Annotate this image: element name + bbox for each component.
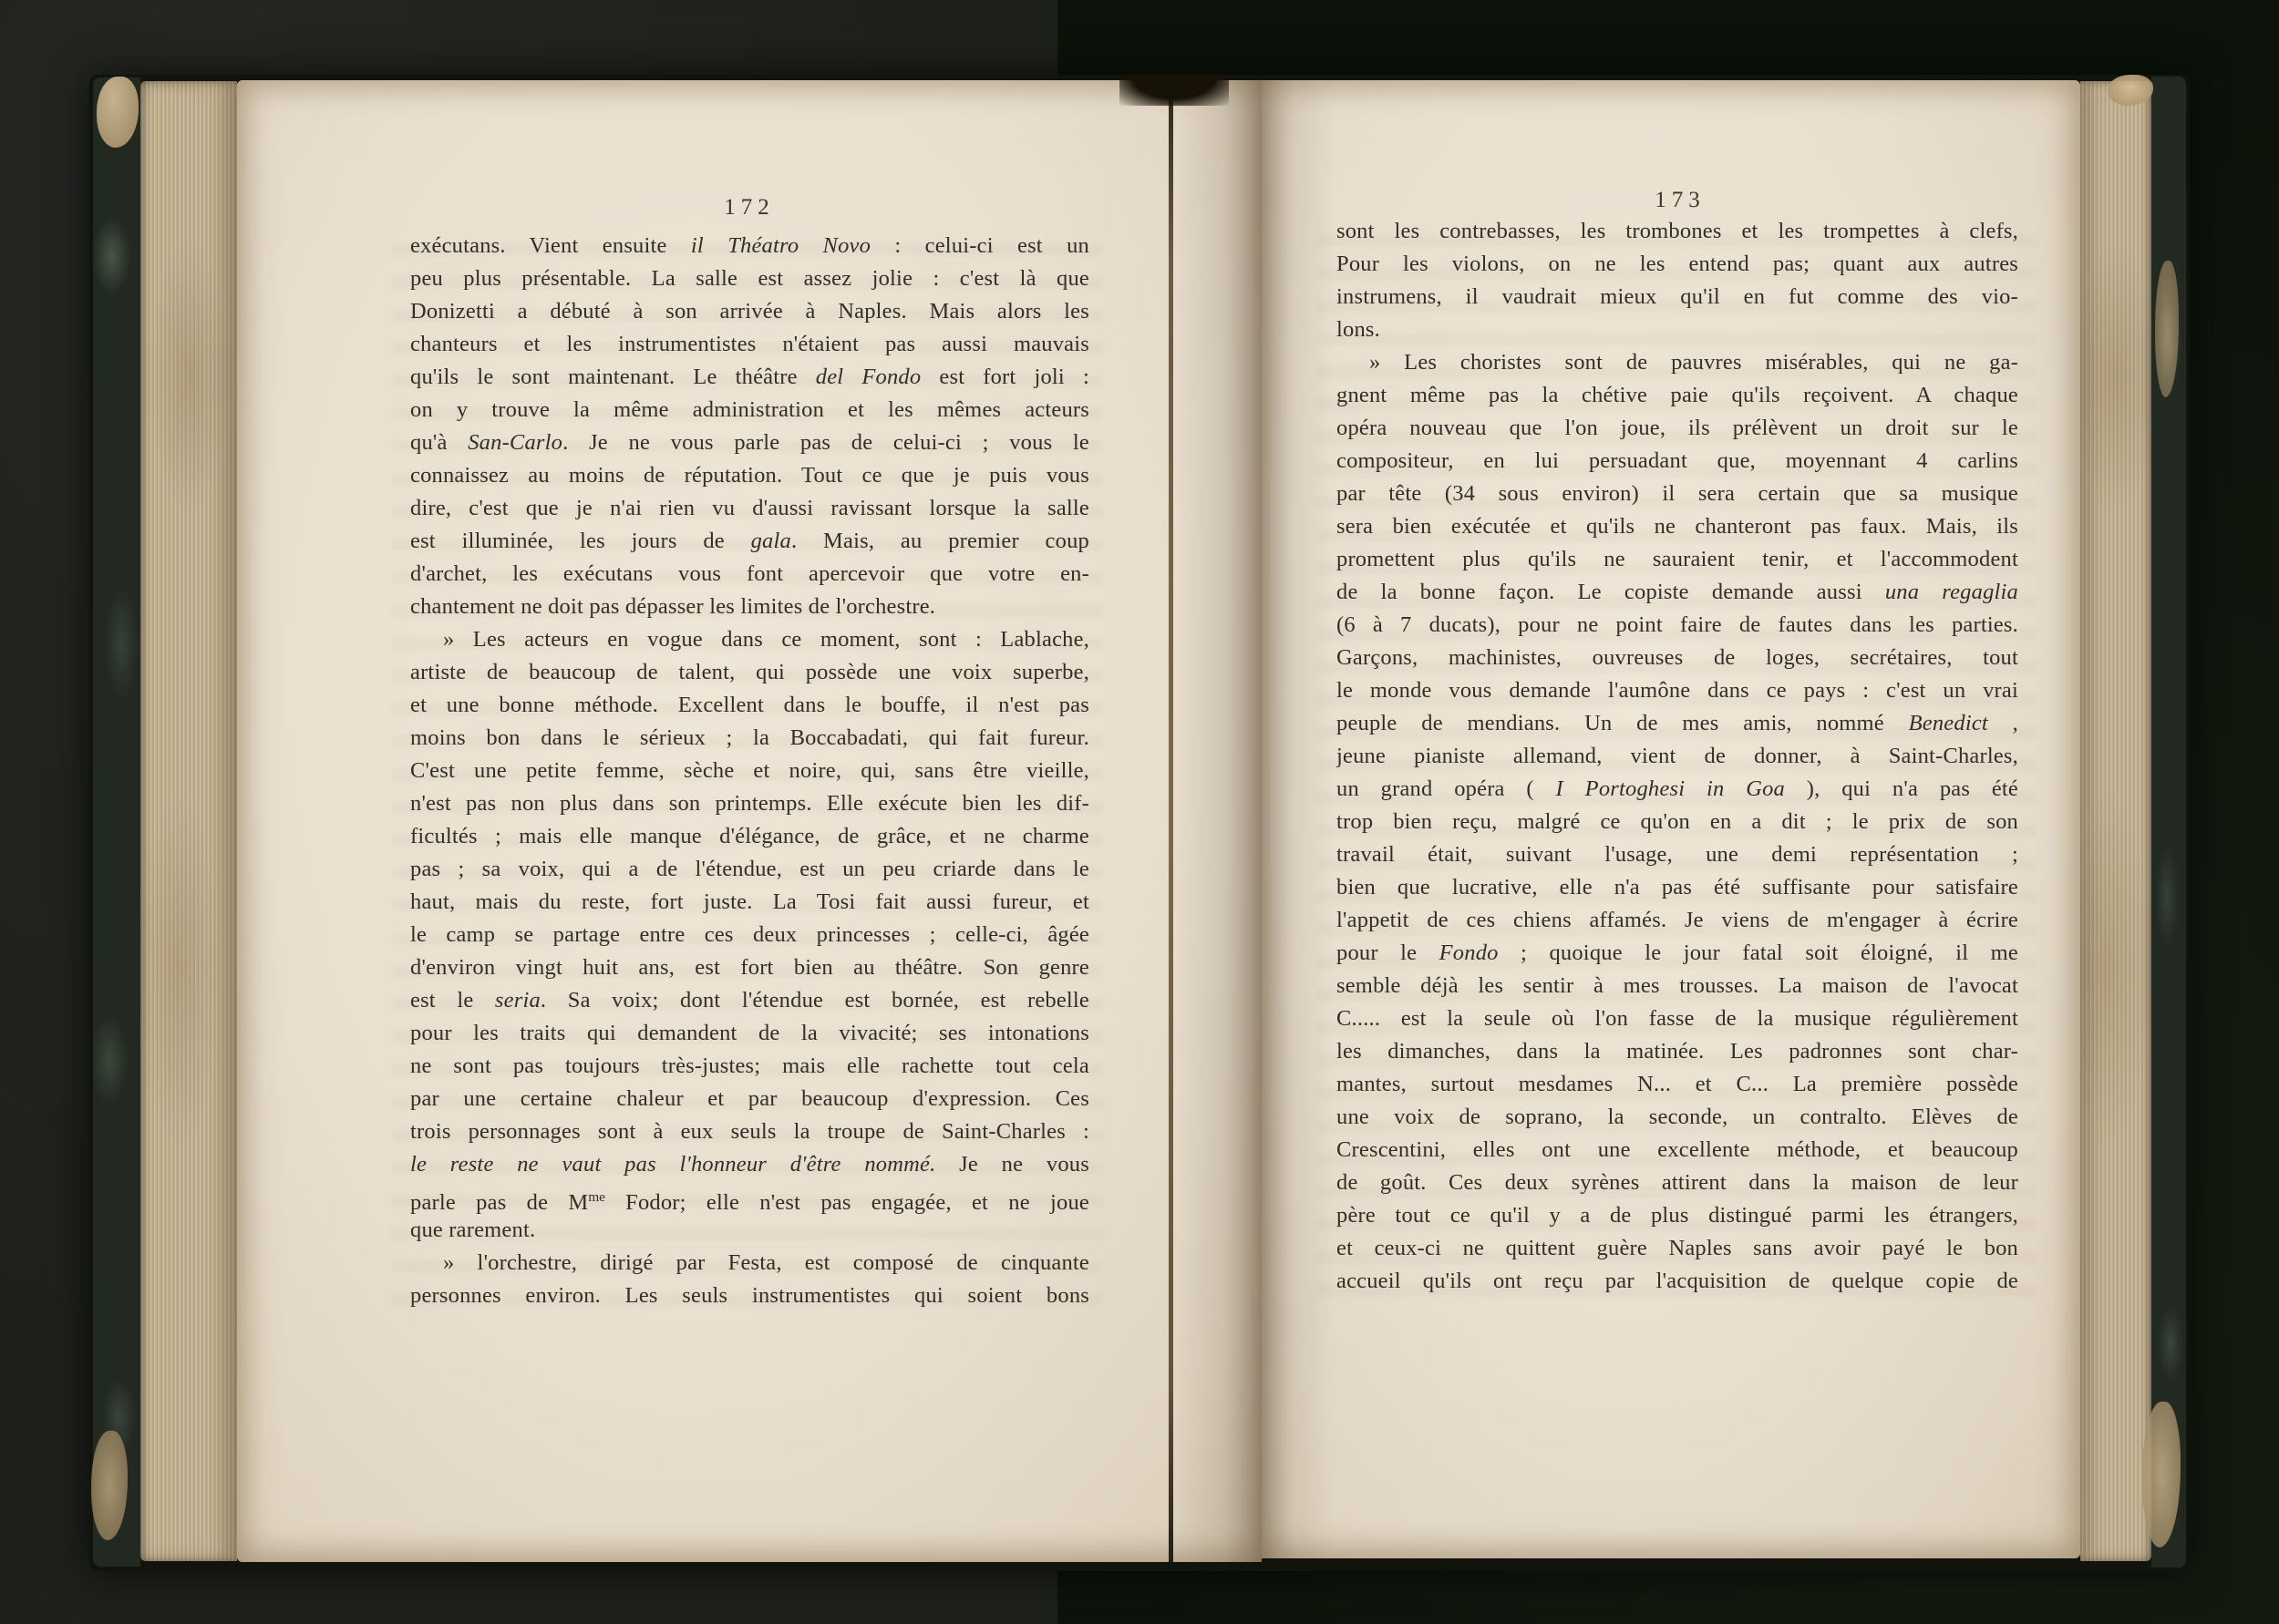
text-line: et ceux-ci ne quittent guère Naples sans… <box>1336 1232 2018 1265</box>
text-line: par tête (34 sous environ) il sera certa… <box>1336 478 2018 510</box>
text-line: gnent même pas la chétive paie qu'ils re… <box>1336 379 2018 412</box>
text-line: chantement ne doit pas dépasser les limi… <box>410 591 1089 623</box>
text-line: trop bien reçu, malgré ce qu'on en a dit… <box>1336 806 2018 838</box>
text-line: sera bien exécutée et qu'ils ne chantero… <box>1336 510 2018 543</box>
text-line: (6 à 7 ducats), pour ne point faire de f… <box>1336 609 2018 642</box>
book-gutter <box>1169 78 1173 1562</box>
page-number-left: 172 <box>724 195 775 221</box>
text-line: mantes, surtout mesdames N... et C... La… <box>1336 1068 2018 1101</box>
text-line: le reste ne vaut pas l'honneur d'être no… <box>410 1148 1089 1181</box>
text-line: jeune pianiste allemand, vient de donner… <box>1336 740 2018 773</box>
text-line: n'est pas non plus dans son printemps. E… <box>410 787 1089 820</box>
right-page: 173 sont les contrebasses, les trombones… <box>1262 80 2080 1558</box>
text-line: trois personnages sont à eux seuls la tr… <box>410 1115 1089 1148</box>
page-number-right: 173 <box>1655 188 1706 213</box>
gutter-shadow-top <box>1119 75 1229 106</box>
text-block-left: exécutans. Vient ensuite il Théatro Novo… <box>410 230 1089 1312</box>
text-line: Donizetti a débuté à son arrivée à Naple… <box>410 295 1089 328</box>
text-line: moins bon dans le sérieux ; la Boccabada… <box>410 722 1089 755</box>
text-line: le camp se partage entre ces deux prince… <box>410 919 1089 951</box>
text-line: Pour les violons, on ne les entend pas; … <box>1336 248 2018 281</box>
text-line: de goût. Ces deux syrènes attirent dans … <box>1336 1167 2018 1199</box>
text-line: par une certaine chaleur et par beaucoup… <box>410 1083 1089 1115</box>
text-block-right: sont les contrebasses, les trombones et … <box>1336 215 2018 1298</box>
open-book: 172 exécutans. Vient ensuite il Théatro … <box>89 75 2190 1571</box>
text-line: Crescentini, elles ont une excellente mé… <box>1336 1134 2018 1167</box>
text-line: instrumens, il vaudrait mieux qu'il en f… <box>1336 281 2018 313</box>
text-line: personnes environ. Les seuls instrumenti… <box>410 1280 1089 1312</box>
text-line: qu'ils le sont maintenant. Le théâtre de… <box>410 361 1089 394</box>
text-line: on y trouve la même administration et le… <box>410 394 1089 427</box>
text-line: est illuminée, les jours de gala. Mais, … <box>410 525 1089 558</box>
text-line: travail était, suivant l'usage, une demi… <box>1336 838 2018 871</box>
text-line: ne sont pas toujours très-justes; mais e… <box>410 1050 1089 1083</box>
text-line: que rarement. <box>410 1214 1089 1247</box>
text-line: les dimanches, dans la matinée. Les padr… <box>1336 1035 2018 1068</box>
text-line: qu'à San-Carlo. Je ne vous parle pas de … <box>410 427 1089 459</box>
text-line: pour les traits qui demandent de la viva… <box>410 1017 1089 1050</box>
text-line: peu plus présentable. La salle est assez… <box>410 262 1089 295</box>
text-line: artiste de beaucoup de talent, qui possè… <box>410 656 1089 689</box>
text-line: compositeur, en lui persuadant que, moye… <box>1336 445 2018 478</box>
text-line: exécutans. Vient ensuite il Théatro Novo… <box>410 230 1089 262</box>
text-line: pas ; sa voix, qui a de l'étendue, est u… <box>410 853 1089 886</box>
text-line: parle pas de Mme Fodor; elle n'est pas e… <box>410 1181 1089 1214</box>
text-line: promettent plus qu'ils ne sauraient teni… <box>1336 543 2018 576</box>
text-line: et une bonne méthode. Excellent dans le … <box>410 689 1089 722</box>
text-line: Garçons, machinistes, ouvreuses de loges… <box>1336 642 2018 674</box>
text-line: accueil qu'ils ont reçu par l'acquisitio… <box>1336 1265 2018 1298</box>
text-line: est le seria. Sa voix; dont l'étendue es… <box>410 984 1089 1017</box>
text-line: semble déjà les sentir à mes trousses. L… <box>1336 970 2018 1002</box>
text-line: C..... est la seule où l'on fasse de la … <box>1336 1002 2018 1035</box>
text-line: opéra nouveau que l'on joue, ils prélève… <box>1336 412 2018 445</box>
text-line: chanteurs et les instrumentistes n'étaie… <box>410 328 1089 361</box>
text-line: » Les choristes sont de pauvres misérabl… <box>1336 346 2018 379</box>
text-line: ficultés ; mais elle manque d'élégance, … <box>410 820 1089 853</box>
text-line: le monde vous demande l'aumône dans ce p… <box>1336 674 2018 707</box>
text-line: pour le Fondo ; quoique le jour fatal so… <box>1336 937 2018 970</box>
text-line: une voix de soprano, la seconde, un cont… <box>1336 1101 2018 1134</box>
page-edges-right <box>2080 81 2151 1561</box>
text-line: l'appetit de ces chiens affamés. Je vien… <box>1336 904 2018 937</box>
book-cover-left <box>93 77 140 1567</box>
text-line: de la bonne façon. Le copiste demande au… <box>1336 576 2018 609</box>
text-line: sont les contrebasses, les trombones et … <box>1336 215 2018 248</box>
text-line: lons. <box>1336 313 2018 346</box>
text-line: haut, mais du reste, fort juste. La Tosi… <box>410 886 1089 919</box>
text-line: père tout ce qu'il y a de plus distingué… <box>1336 1199 2018 1232</box>
book-scan: 172 exécutans. Vient ensuite il Théatro … <box>0 0 2279 1624</box>
text-line: connaissez au moins de réputation. Tout … <box>410 459 1089 492</box>
text-line: d'environ vingt huit ans, est fort bien … <box>410 951 1089 984</box>
text-line: dire, c'est que je n'ai rien vu d'aussi … <box>410 492 1089 525</box>
text-line: bien que lucrative, elle n'a pas été suf… <box>1336 871 2018 904</box>
text-line: d'archet, les exécutans vous font aperce… <box>410 558 1089 591</box>
page-edges-left <box>140 81 237 1561</box>
text-line: peuple de mendians. Un de mes amis, nomm… <box>1336 707 2018 740</box>
left-page: 172 exécutans. Vient ensuite il Théatro … <box>237 80 1262 1562</box>
text-line: » Les acteurs en vogue dans ce moment, s… <box>410 623 1089 656</box>
text-line: » l'orchestre, dirigé par Festa, est com… <box>410 1247 1089 1280</box>
text-line: un grand opéra ( I Portoghesi in Goa ), … <box>1336 773 2018 806</box>
text-line: C'est une petite femme, sèche et noire, … <box>410 755 1089 787</box>
